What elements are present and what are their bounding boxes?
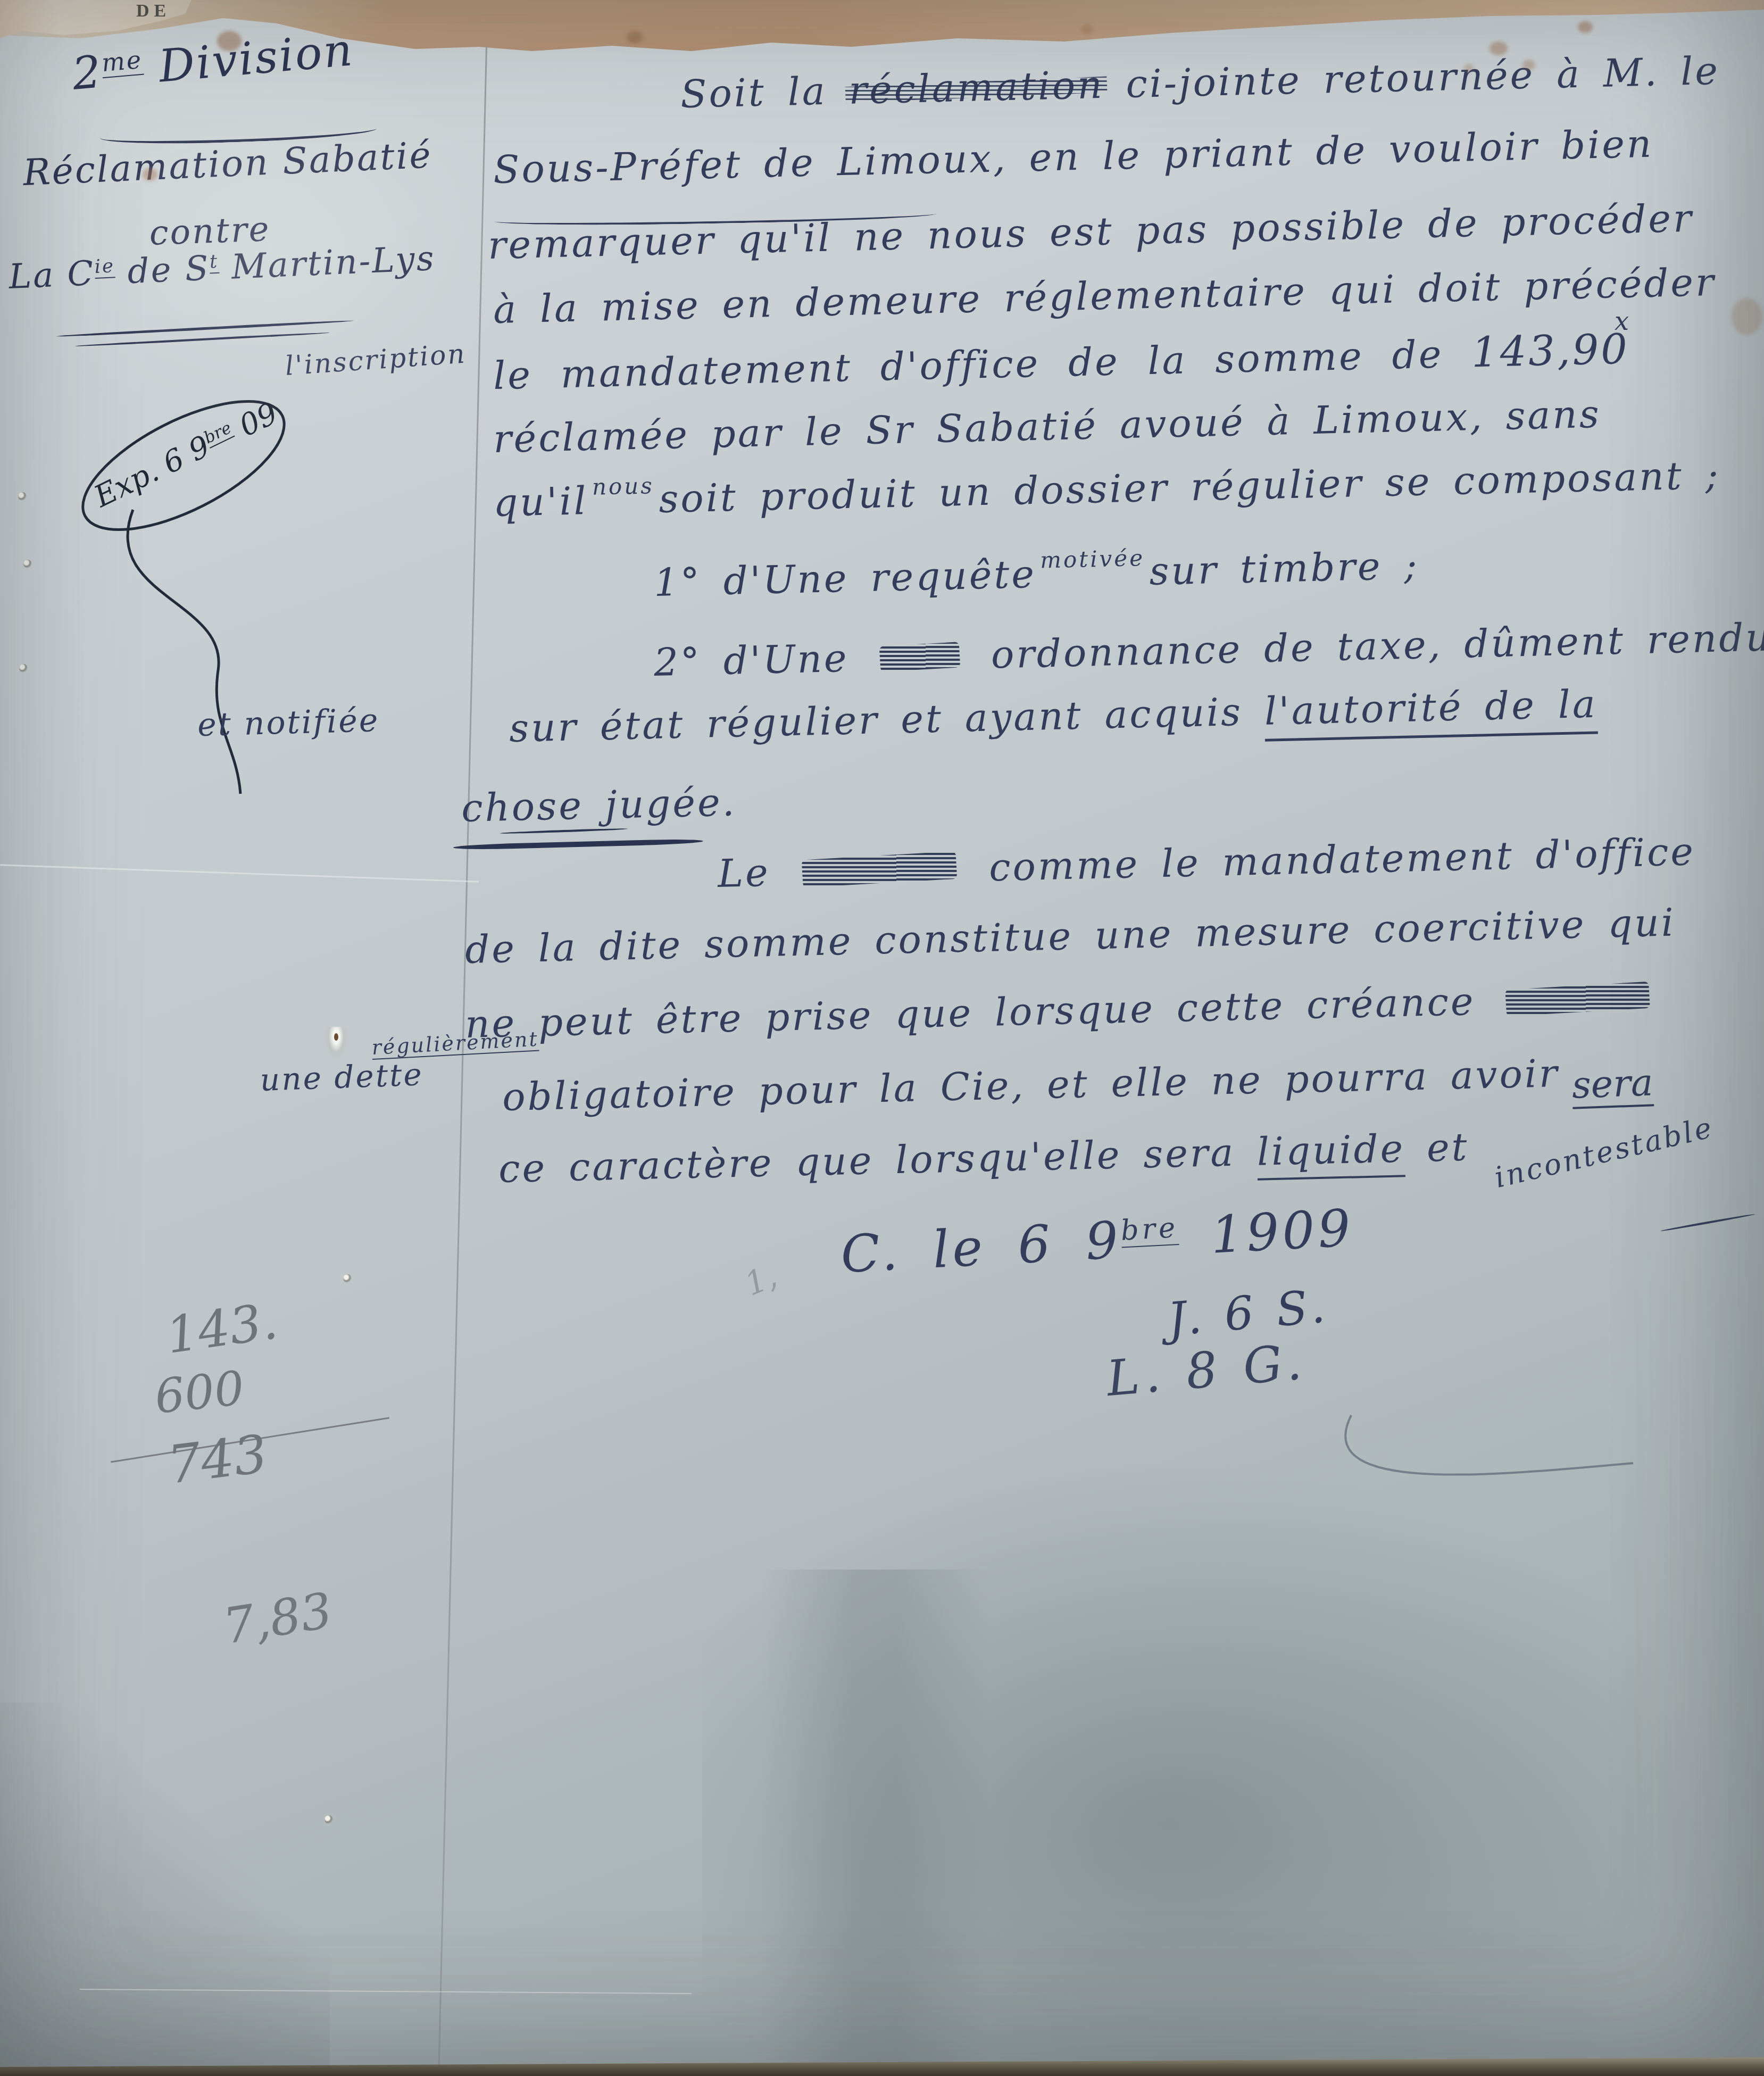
body-line-1: Soit la réclamation ci-jointe retournée … <box>680 51 1720 115</box>
paper-speck <box>334 1033 338 1041</box>
caret-insertion-nous: nous <box>592 472 654 500</box>
division-word: Division <box>157 23 356 93</box>
dateline: C. le 6 9bre 1909 <box>839 1202 1355 1280</box>
foxing-stain <box>217 31 242 51</box>
margin-insertion-regulierement: régulièrement <box>371 1029 539 1060</box>
company-abbrev-sup: ie <box>94 255 115 279</box>
foxing-stain <box>1578 21 1593 33</box>
shadow-vertical-band <box>761 1570 989 2076</box>
item2-before: 2° d'Une <box>653 636 849 685</box>
letterhead-fragment-text: DE <box>136 2 171 20</box>
margin-case-title-line1: Réclamation Sabatié <box>22 136 433 192</box>
date-year: 1909 <box>1177 1198 1355 1267</box>
ink-scribble-strikeout <box>879 642 961 672</box>
body-line-3: remarquer qu'il ne nous est pas possible… <box>487 198 1694 266</box>
body-line-12: Le comme le mandatement d'office <box>717 832 1695 894</box>
body-line-16: ce caractère que lorsqu'elle sera liquid… <box>498 1122 1715 1189</box>
foxing-stain <box>1490 41 1508 55</box>
margin-case-title-line3: La Cie de St Martin-Lys <box>8 241 436 295</box>
body-line-15: obligatoire pour la Cie, et elle ne pour… <box>502 1053 1560 1118</box>
pencil-addend-1: 143. <box>163 1297 280 1361</box>
item1-before: 1° d'Une requête <box>653 552 1036 605</box>
pinhole <box>19 664 28 672</box>
margin-une-dette: une dette <box>260 1058 424 1097</box>
caret-insertion-motivee: motivée <box>1040 545 1145 573</box>
body-line-2: Sous-Préfet de Limoux, en le priant de v… <box>493 124 1654 190</box>
pencil-sum: 743 <box>165 1428 270 1492</box>
ink-scribble-strikeout <box>1505 982 1650 1016</box>
fold-crease-left <box>0 864 479 882</box>
line5-before: le mandatement d'office de la somme de <box>493 331 1444 398</box>
pinhole <box>324 1815 333 1824</box>
company-abbrev: La C <box>8 254 96 297</box>
shadow-lower-center <box>702 1447 1740 2076</box>
ink-scribble-strikeout <box>802 851 958 888</box>
margin-division-heading: 2me Division <box>70 26 355 97</box>
foxing-stain <box>1732 298 1762 335</box>
pinhole <box>343 1274 352 1283</box>
body-line-11: chose jugée. <box>461 782 737 828</box>
photographed-manuscript-page: DE 2me Division Réclamation Sabatié cont… <box>0 0 1764 2076</box>
shadow-bottom-left-corner <box>0 1703 330 2076</box>
line14-before: ne peut être prise que lorsque cette cré… <box>464 979 1476 1047</box>
line16-before: ce caractère que lorsqu'elle sera <box>498 1130 1236 1191</box>
pinhole <box>18 492 27 501</box>
body-line-4: à la mise en demeure réglementaire qui d… <box>493 262 1716 330</box>
date-prefix: C. le 6 9 <box>839 1210 1123 1284</box>
pencil-addend-2: 600 <box>153 1365 246 1421</box>
body-line-9-item2: 2° d'Une ordonnance de taxe, dûment rend… <box>653 617 1764 683</box>
body-line-10: sur état régulier et ayant acquis l'auto… <box>509 684 1597 749</box>
pencil-result: 7,83 <box>220 1586 336 1651</box>
claimed-amount: 143,90 <box>1471 326 1630 377</box>
body-line-6: réclamée par le Sr Sabatié avoué à Limou… <box>493 394 1601 460</box>
saint-abbrev-sup: t <box>209 250 219 273</box>
body-line-8-item1: 1° d'Une requêtemotivéesur timbre ; <box>653 545 1419 603</box>
line12-after: comme le mandatement d'office <box>988 829 1696 890</box>
body-line-14: ne peut être prise que lorsque cette cré… <box>464 977 1658 1044</box>
foxing-stain <box>627 31 643 44</box>
paper-dent-with-speck <box>326 1027 347 1059</box>
margin-case-title-line2: contre <box>149 212 271 252</box>
incontestable-cramped: incontestable <box>1492 1112 1716 1193</box>
fold-crease-bottom <box>80 1989 692 1994</box>
body-line-7: qu'ilnoussoit produit un dossier régulie… <box>493 455 1720 524</box>
case-title-underline-1 <box>56 319 353 337</box>
line12-before: Le <box>717 850 770 896</box>
incontestable-underline <box>1660 1213 1755 1232</box>
amount-x-mark: x <box>1615 309 1629 334</box>
foxing-stain <box>1081 24 1094 34</box>
sera-rewrite-below: sera <box>1571 1064 1654 1109</box>
item2-after: ordonnance de taxe, dûment rendue <box>991 614 1764 677</box>
line7-before: qu'il <box>493 478 588 525</box>
body-line-13: de la dite somme constitue une mesure co… <box>464 902 1676 970</box>
foxing-stain <box>143 168 157 181</box>
saint-abbrev: de S <box>114 249 211 293</box>
margin-continuation-et-notifiee: et notifiée <box>197 704 380 742</box>
paraph-flourish <box>1091 1288 1702 1511</box>
foxing-stain <box>1464 64 1474 72</box>
division-number: 2 <box>70 45 105 100</box>
autorite-underlined: l'autorité de la <box>1264 682 1598 742</box>
line1-after: ci-jointe retournée à M. le <box>1125 48 1720 106</box>
item1-after: sur timbre ; <box>1149 543 1420 593</box>
line1-before: Soit la <box>680 69 827 117</box>
line10-before: sur état régulier et ayant acquis <box>509 690 1243 751</box>
division-ordinal-suffix: me <box>101 45 144 79</box>
date-month-sup: bre <box>1120 1211 1179 1248</box>
pencil-faint-mark: 1, <box>741 1260 781 1301</box>
body-line-5: le mandatement d'office de la somme de 1… <box>493 328 1630 397</box>
liquide-underlined: liquide <box>1257 1126 1405 1180</box>
pinhole <box>23 560 32 568</box>
line1-struck-word: réclamation <box>848 65 1105 111</box>
photo-bottom-edge <box>0 2056 1764 2076</box>
line7-after: soit produit un dossier régulier se comp… <box>658 453 1720 521</box>
foxing-stain <box>1522 60 1535 70</box>
line16-et: et <box>1426 1125 1469 1170</box>
chose-jugee-heavy-underline <box>453 838 703 850</box>
